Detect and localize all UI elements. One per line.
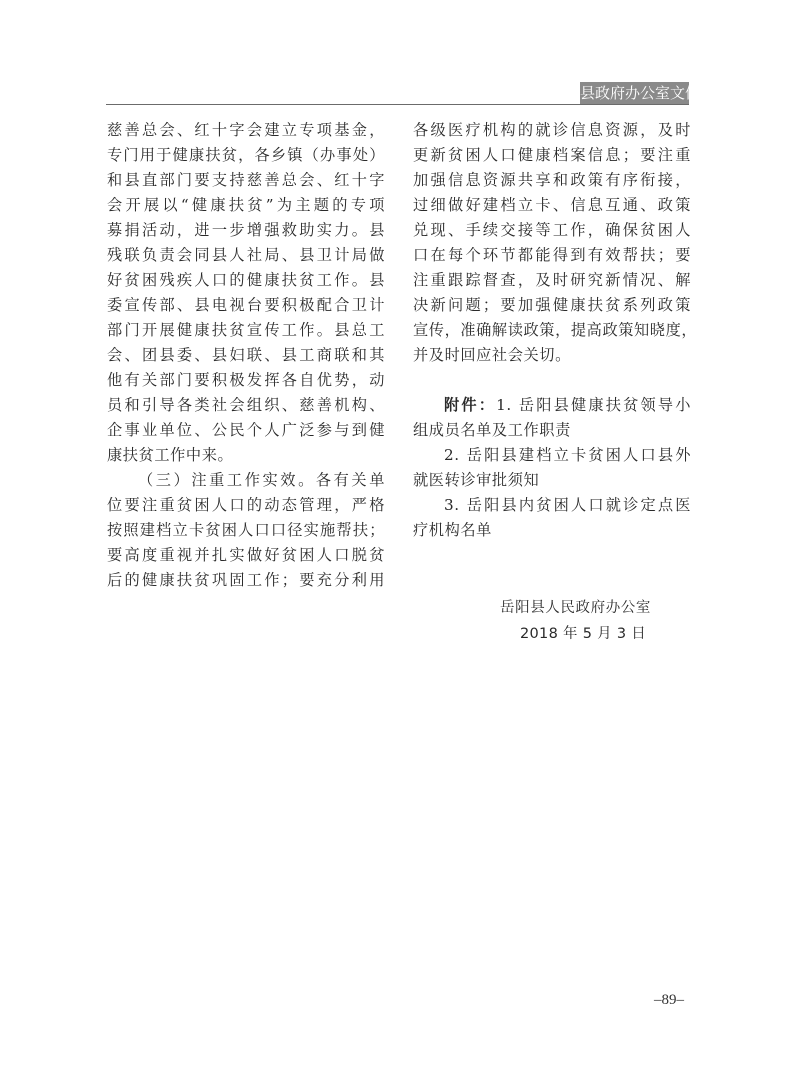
text-line: 决新问题；要加强健康扶贫系列政策 <box>413 293 691 318</box>
attachment-item-3: 3. 岳阳县内贫困人口就诊定点医 <box>413 493 691 518</box>
text-line: 专门用于健康扶贫，各乡镇（办事处） <box>107 143 385 168</box>
text-line: 残联负责会同县人社局、县卫计局做 <box>107 243 385 268</box>
text-line: 好贫困残疾人口的健康扶贫工作。县 <box>107 268 385 293</box>
text-line: 会、团县委、县妇联、县工商联和其 <box>107 343 385 368</box>
page-number: –89– <box>654 992 684 1009</box>
attachment-item-1-cont: 组成员名单及工作职责 <box>413 418 691 443</box>
text-line: 企事业单位、公民个人广泛参与到健 <box>107 418 385 443</box>
text-line: 会开展以“健康扶贫”为主题的专项 <box>107 193 385 218</box>
text-line: 员和引导各类社会组织、慈善机构、 <box>107 393 385 418</box>
text-line: 更新贫困人口健康档案信息；要注重 <box>413 143 691 168</box>
text-line: 口在每个环节都能得到有效帮扶；要 <box>413 243 691 268</box>
section-heading-line: （三）注重工作实效。各有关单 <box>107 468 385 493</box>
text-line: 兑现、手续交接等工作，确保贫困人 <box>413 218 691 243</box>
attachment-text: 1. 岳阳县健康扶贫领导小 <box>496 396 691 414</box>
text-line: 宣传，准确解读政策，提高政策知晓度， <box>413 318 691 343</box>
paragraph-gap <box>413 368 691 393</box>
text-line: 并及时回应社会关切。 <box>413 343 691 368</box>
text-line: 部门开展健康扶贫宣传工作。县总工 <box>107 318 385 343</box>
signature-date: 2018 年 5 月 3 日 <box>520 622 700 643</box>
text-line: 要高度重视并扎实做好贫困人口脱贫 <box>107 543 385 568</box>
text-line: 后的健康扶贫巩固工作；要充分利用 <box>107 568 385 593</box>
attachment-item-1: 附件：1. 岳阳县健康扶贫领导小 <box>413 393 691 418</box>
text-line: 按照建档立卡贫困人口口径实施帮扶； <box>107 518 385 543</box>
attachment-item-2: 2. 岳阳县建档立卡贫困人口县外 <box>413 443 691 468</box>
text-line: 康扶贫工作中来。 <box>107 443 385 468</box>
right-column: 各级医疗机构的就诊信息资源，及时 更新贫困人口健康档案信息；要注重 加强信息资源… <box>413 118 691 543</box>
text-line: 各级医疗机构的就诊信息资源，及时 <box>413 118 691 143</box>
text-line: 他有关部门要积极发挥各自优势，动 <box>107 368 385 393</box>
text-line: 位要注重贫困人口的动态管理，严格 <box>107 493 385 518</box>
header-divider <box>106 104 689 105</box>
attachment-label: 附件： <box>444 396 496 414</box>
text-line: 募捐活动，进一步增强救助实力。县 <box>107 218 385 243</box>
text-line: 过细做好建档立卡、信息互通、政策 <box>413 193 691 218</box>
left-column: 慈善总会、红十字会建立专项基金， 专门用于健康扶贫，各乡镇（办事处） 和县直部门… <box>107 118 385 593</box>
signature-organization: 岳阳县人民政府办公室 <box>500 596 700 617</box>
text-line: 委宣传部、县电视台要积极配合卫计 <box>107 293 385 318</box>
text-line: 和县直部门要支持慈善总会、红十字 <box>107 168 385 193</box>
attachment-item-3-cont: 疗机构名单 <box>413 518 691 543</box>
section-label: 县政府办公室文件 <box>580 82 689 104</box>
text-line: 加强信息资源共享和政策有序衔接， <box>413 168 691 193</box>
text-line: 慈善总会、红十字会建立专项基金， <box>107 118 385 143</box>
text-line: 注重跟踪督查，及时研究新情况、解 <box>413 268 691 293</box>
attachment-item-2-cont: 就医转诊审批须知 <box>413 468 691 493</box>
